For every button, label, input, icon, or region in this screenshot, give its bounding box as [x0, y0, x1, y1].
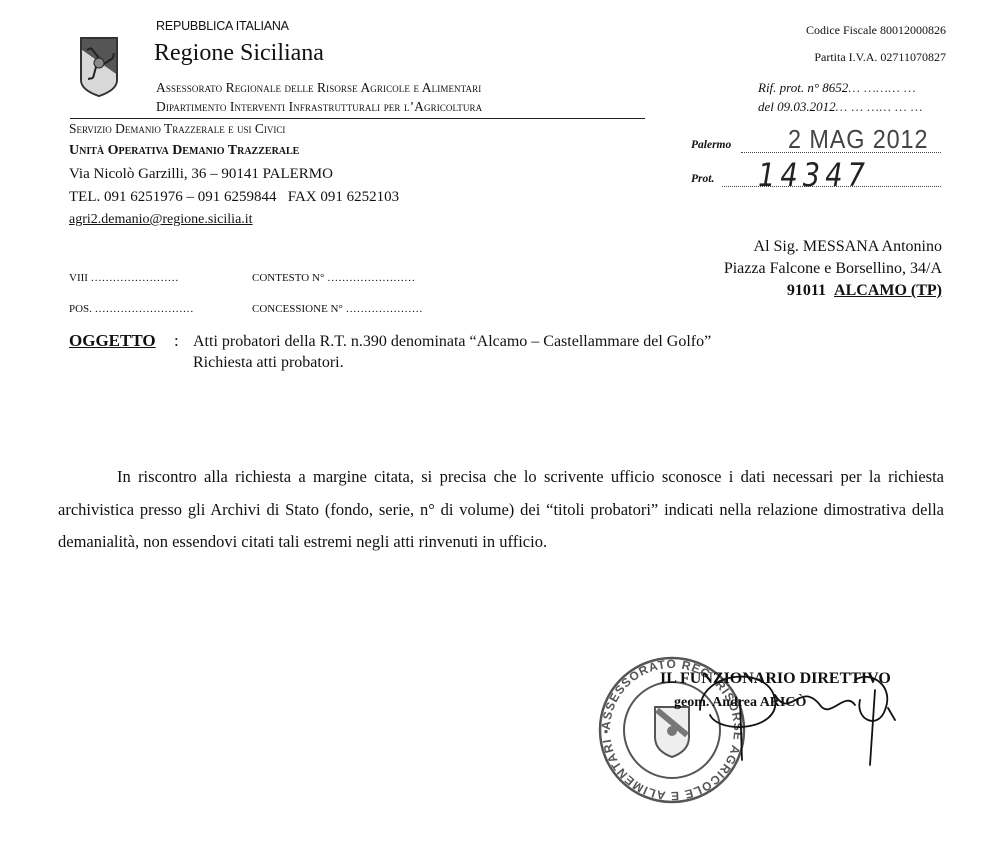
office-email-link[interactable]: agri2.demanio@regione.sicilia.it [69, 212, 253, 228]
unita-label: Unità Operativa Demanio Trazzerale [69, 143, 299, 159]
reference-protocol-text: Rif. prot. n° 8652 [758, 80, 848, 95]
field-viii: VIII …………………… [69, 272, 179, 284]
region-title: Regione Siciliana [154, 40, 324, 67]
office-phones: TEL. 091 6251976 – 091 6259844 FAX 091 6… [69, 189, 399, 206]
field-concessione: CONCESSIONE N° ………………… [252, 303, 423, 315]
codice-fiscale: Codice Fiscale 80012000826 [806, 23, 946, 38]
dipartimento-label: Dipartimento Interventi Infrastrutturali… [156, 99, 482, 115]
sicily-coat-of-arms-icon [79, 36, 119, 98]
subject-colon: : [174, 331, 179, 351]
servizio-label: Servizio Demanio Trazzerale e usi Civici [69, 121, 285, 137]
reference-date-text: del 09.03.2012 [758, 99, 836, 114]
protocol-number-handwritten: 14347 [758, 156, 870, 194]
addressee-city-line: 91011 ALCAMO (TP) [724, 280, 942, 302]
palermo-label: Palermo [691, 139, 731, 151]
handwritten-signature-icon [680, 660, 910, 770]
subject-line-2: Richiesta atti probatori. [193, 354, 344, 372]
addressee-name: Al Sig. MESSANA Antonino [724, 236, 942, 258]
assessorato-label: Assessorato Regionale delle Risorse Agri… [156, 80, 481, 96]
body-paragraph: In riscontro alla richiesta a margine ci… [58, 461, 944, 559]
date-stamp: 2 MAG 2012 [788, 124, 928, 155]
partita-iva: Partita I.V.A. 02711070827 [814, 50, 946, 65]
dots: … … …… … … [836, 99, 923, 114]
field-contesto: CONTESTO N° …………………… [252, 272, 415, 284]
header-divider [70, 118, 645, 119]
dots: … ……… … [848, 80, 916, 95]
office-address: Via Nicolò Garzilli, 36 – 90141 PALERMO [69, 166, 333, 183]
addressee-city: ALCAMO (TP) [834, 282, 942, 299]
subject-line-1: Atti probatori della R.T. n.390 denomina… [193, 333, 711, 351]
subject-label: OGGETTO [69, 331, 156, 351]
reference-date: del 09.03.2012… … …… … … [758, 99, 923, 115]
addressee-street: Piazza Falcone e Borsellino, 34/A [724, 258, 942, 280]
addressee-cap: 91011 [787, 282, 826, 299]
reference-protocol: Rif. prot. n° 8652… ……… … [758, 80, 916, 96]
addressee-block: Al Sig. MESSANA Antonino Piazza Falcone … [724, 236, 942, 302]
field-pos: POS. ……………………… [69, 303, 194, 315]
republic-label: REPUBBLICA ITALIANA [156, 19, 289, 33]
prot-label: Prot. [691, 173, 714, 185]
